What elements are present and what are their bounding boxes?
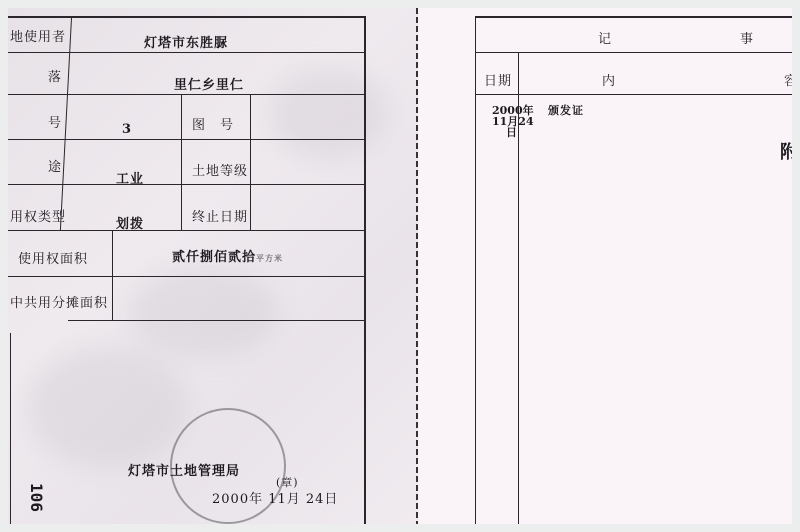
row-divider [8,139,364,140]
location-label: 落 [48,66,62,85]
table-border-left [475,16,476,524]
record-date-day-char: 日 [506,124,517,140]
area-column-divider [112,230,113,320]
stain [28,348,188,468]
record-content: 颁发证 [548,102,584,118]
land-user-value: 灯塔市东胜脲 [144,32,228,51]
page-number: 106 [27,483,46,512]
left-margin-line [10,333,11,524]
row-divider [8,230,364,231]
issue-date: 2000年 11月 24日 [212,488,338,507]
margin-mark: 附 [780,138,792,164]
land-grade-label: 土地等级 [192,160,248,179]
right-type-value: 划拨 [116,213,144,232]
scanned-land-certificate: 地使用者 灯塔市东胜脲 落 里仁乡里仁 号 3 图 号 途 工业 土地等级 用权… [8,8,792,524]
end-date-label: 终止日期 [192,206,248,225]
content-column-header-left: 内 [602,70,616,89]
notes-title-left: 记 [598,28,612,47]
right-page: 记 事 日期 内 容 2000年 11月24 日 颁发证 附 [418,8,792,524]
row-divider [8,52,364,53]
stain [268,68,388,158]
parcel-number-value: 3 [122,122,132,137]
table-border-top [8,16,364,18]
map-number-label: 图 号 [192,114,234,133]
stain [128,268,278,358]
usage-label: 途 [48,156,62,175]
row-divider [68,320,364,321]
middle-column-divider [250,94,251,230]
left-page: 地使用者 灯塔市东胜脲 落 里仁乡里仁 号 3 图 号 途 工业 土地等级 用权… [8,8,418,524]
middle-column-divider [181,94,182,230]
use-area-value: 贰仟捌佰贰拾平方米 [172,246,283,265]
shared-area-label: 中共用分摊面积 [10,292,108,311]
notes-title-right: 事 [740,28,754,47]
location-value: 里仁乡里仁 [174,74,244,93]
right-type-label: 用权类型 [10,206,66,225]
use-area-label: 使用权面积 [18,248,88,267]
content-column-header-right: 容 [784,70,792,89]
issuer-name: 灯塔市土地管理局 [128,460,240,479]
row-divider [8,276,364,277]
parcel-number-label: 号 [48,112,62,131]
land-user-label: 地使用者 [10,26,66,45]
usage-value: 工业 [116,168,144,187]
header-divider [475,94,792,95]
table-border-top [475,16,792,18]
header-divider [475,52,792,53]
row-divider [8,94,364,95]
date-column-header: 日期 [484,70,512,89]
table-border-right [364,16,366,524]
